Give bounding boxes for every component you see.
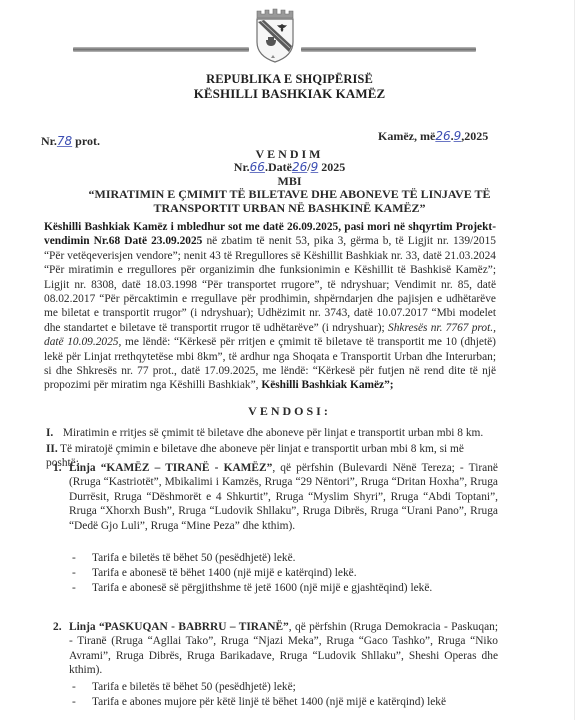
line-name: Linja “KAMËZ – TIRANË - KAMËZ” — [69, 462, 272, 474]
preamble-closing: Këshilli Bashkiak Kamëz”; — [261, 379, 393, 391]
bus-line-1: 1. Linja “KAMËZ – TIRANË - KAMËZ”, që pë… — [53, 461, 498, 533]
tariff-item: -Tarifa e biletës të bëhet 50 (pesëdhjet… — [72, 680, 492, 695]
decision-title-line2: TRANSPORTIT URBAN NË BASHKINË KAMËZ” — [0, 201, 579, 216]
place-and-date: Kamëz, më26.9,2025 — [378, 129, 488, 144]
document-page: REPUBLIKA E SHQIPËRISË KËSHILLI BASHKIAK… — [0, 0, 579, 720]
tariff-list-1: -Tarifa e biletës të bëhet 50 (pesëdhjet… — [72, 551, 492, 596]
line-name: Linja “PASKUQAN - BABRRU – TIRANË” — [69, 621, 289, 633]
decision-point-1: I. Miratimin e rritjes së çmimit të bile… — [46, 426, 498, 440]
tariff-list-2: -Tarifa e biletës të bëhet 50 (pesëdhjet… — [72, 680, 492, 710]
tariff-item: -Tarifa e biletës të bëhet 50 (pesëdhjet… — [72, 551, 492, 566]
header-rule-right — [301, 47, 476, 52]
header-rule-left — [73, 47, 249, 52]
preamble-paragraph: Këshilli Bashkiak Kamëz i mbledhur sot m… — [44, 220, 496, 393]
handwritten-day: 26 — [435, 129, 450, 143]
handwritten-protocol-number: 78 — [57, 134, 72, 148]
bus-line-2: 2. Linja “PASKUQAN - BABRRU – TIRANË”, q… — [53, 620, 498, 678]
tariff-item: -Tarifa e abonesë së përgjithshme të jet… — [72, 581, 492, 596]
decides-heading: VENDOSI: — [0, 404, 579, 419]
tariff-item: -Tarifa e abonesë të bëhet 1400 (një mij… — [72, 566, 492, 581]
decision-number: Nr.66.Datë26/9 2025 — [0, 160, 579, 175]
republic-name: REPUBLIKA E SHQIPËRISË — [0, 72, 579, 87]
decision-title-line1: “MIRATIMIN E ÇMIMIT TË BILETAVE DHE ABON… — [0, 187, 579, 202]
page-edge — [574, 0, 575, 720]
handwritten-decision-day: 26 — [292, 160, 307, 174]
coat-of-arms-icon — [252, 6, 298, 64]
council-name: KËSHILLI BASHKIAK KAMËZ — [0, 86, 579, 102]
tariff-item: -Tarifa e abones mujore për këtë linjë t… — [72, 695, 492, 710]
handwritten-decision-number: 66 — [250, 160, 265, 174]
